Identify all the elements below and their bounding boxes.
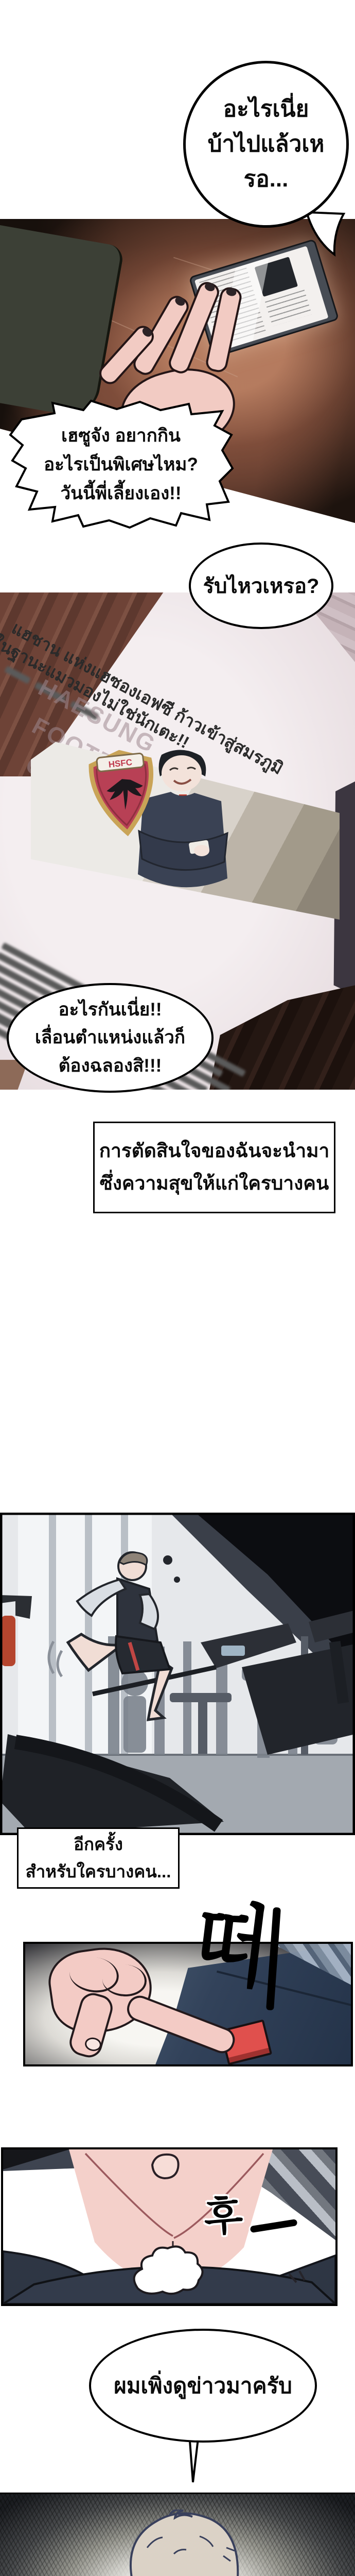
speech-text: ต้องฉลองสิ!!!: [59, 1052, 162, 1080]
speech-bubble-news: ผมเพิ่งดูข่าวมาครับ: [89, 2329, 317, 2443]
speech-text: เฮซูจัง อยากกิน: [61, 421, 181, 450]
webtoon-page: อะไรเนี่ย บ้าไปแล้วเหรอ... เฮซูจัง อยากก…: [0, 0, 355, 2576]
narration-text: การตัดสินใจของฉันจะนำมา: [99, 1135, 330, 1167]
speech-text: รับไหวเหรอ?: [203, 569, 319, 602]
speech-text: วันนี้พี่เลี้ยงเอง!!: [61, 479, 182, 508]
speech-text: เลื่อนตำแหน่งแล้วก็: [35, 1024, 185, 1052]
speech-bubble-doubt: รับไหวเหรอ?: [189, 543, 333, 629]
speech-text: บ้าไปแล้วเหรอ...: [186, 127, 346, 197]
speech-bubble-shock: อะไรเนี่ย บ้าไปแล้วเหรอ...: [183, 61, 349, 228]
narration-box-decision: การตัดสินใจของฉันจะนำมา ซึ่งความสุขให้แก…: [93, 1122, 335, 1213]
speech-text: อะไรกันเนี่ย!!: [58, 996, 162, 1024]
narration-text: สำหรับใครบางคน...: [26, 1858, 171, 1886]
narration-text: อีกครั้ง: [74, 1831, 123, 1858]
narration-box-again: อีกครั้ง สำหรับใครบางคน...: [17, 1827, 180, 1889]
speech-text: อะไรเนี่ย: [223, 92, 309, 127]
narration-text: ซึ่งความสุขให้แก่ใครบางคน: [100, 1167, 329, 1200]
speech-bubble-offer: เฮซูจัง อยากกิน อะไรเป็นพิเศษไหม? วันนี้…: [5, 398, 237, 532]
speech-text: ผมเพิ่งดูข่าวมาครับ: [114, 2369, 292, 2403]
speech-text: อะไรเป็นพิเศษไหม?: [44, 450, 198, 479]
shock-bubble-tail: [307, 212, 344, 255]
speech-bubble-excited: อะไรกันเนี่ย!! เลื่อนตำแหน่งแล้วก็ ต้องฉ…: [7, 983, 214, 1093]
speech-tails-layer: [0, 0, 355, 2576]
offer-text-block: เฮซูจัง อยากกิน อะไรเป็นพิเศษไหม? วันนี้…: [5, 398, 237, 532]
